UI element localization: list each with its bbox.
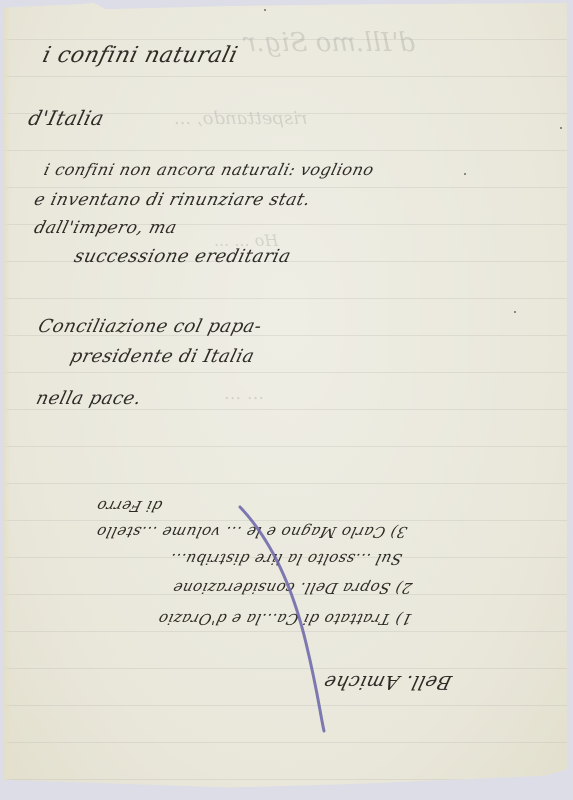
manuscript-line: dall'impero, ma [32, 218, 179, 238]
inverted-text-block: Bell. Amiche 1) Trattato di Ca...la e d'… [24, 493, 504, 703]
paper-speck [560, 127, 562, 129]
manuscript-line: presidente di Italia [68, 346, 257, 367]
manuscript-line: Conciliazione col papa- [36, 316, 264, 337]
inverted-line: Sul ...ssolto la lire distribu... [168, 550, 404, 568]
inverted-line: 1) Trattato di Ca...la e d'Orazio [156, 610, 414, 628]
paper-speck [464, 173, 466, 175]
inverted-line: 3) Carlo Magno e le ... volume ...stello [94, 523, 409, 541]
paper-speck [264, 9, 266, 11]
manuscript-line: i confini naturali [40, 43, 240, 68]
paper-speck [514, 311, 516, 313]
inverted-line: Bell. Amiche [321, 671, 454, 693]
bleed-through-line: rispettando, ... [174, 108, 308, 129]
manuscript-line: nella pace. [34, 388, 144, 409]
inverted-line: 2) Sopra Dell. considerazione [171, 579, 414, 597]
manuscript-line: i confini non ancora naturali: vogliono [42, 160, 376, 179]
inverted-line: di Ferro [94, 497, 164, 515]
manuscript-paper: d'Ill.mo Sig.r rispettando, ... Ho ... .… [4, 3, 567, 789]
manuscript-line: e inventano di rinunziare stat. [32, 190, 313, 210]
bleed-through-line: d'Ill.mo Sig.r [244, 28, 415, 58]
bleed-through-line: ... ... [224, 383, 264, 404]
manuscript-line: d'Italia [26, 106, 107, 130]
manuscript-line: successione ereditaria [72, 246, 293, 267]
paper-edge [4, 3, 10, 789]
